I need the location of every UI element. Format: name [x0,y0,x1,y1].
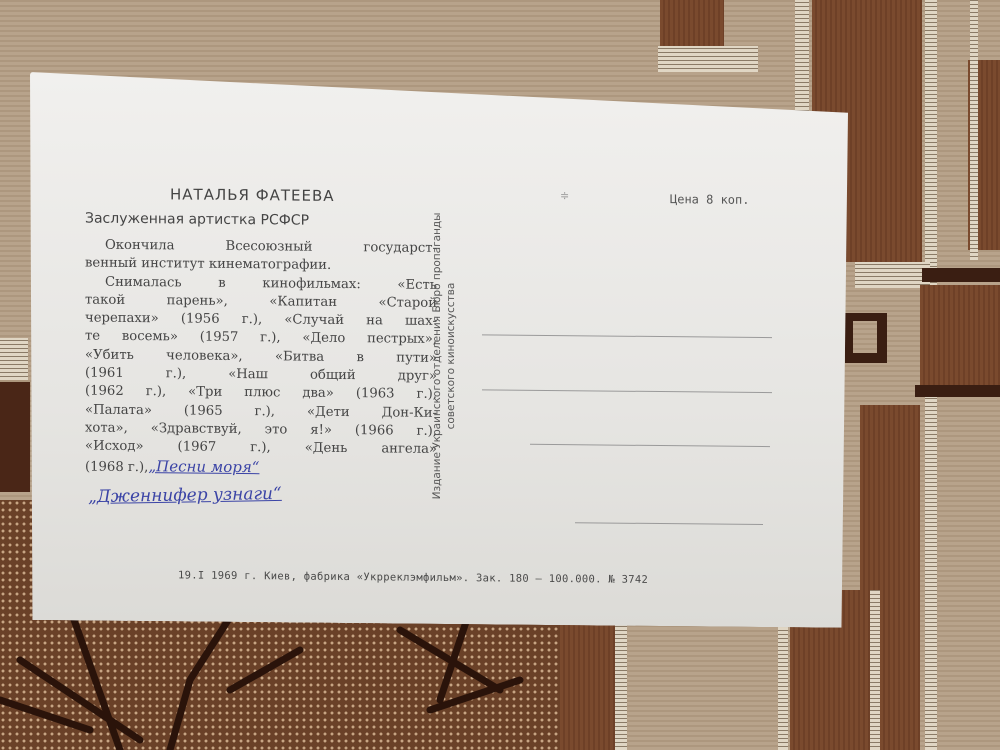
address-line-1 [482,334,772,338]
biography: Окончила Всесоюзный государст- венный ин… [85,237,437,480]
address-line-4 [575,522,763,525]
postcard: НАТАЛЬЯ ФАТЕЕВА Заслуженная артистка РСФ… [30,72,848,628]
bio-line: (1968 г.),„Песни моря“ [85,456,437,480]
handwritten-film-2: „Дженнифер узнаги“ [88,484,282,507]
publisher-line-2: советского киноискусства [444,166,458,546]
address-line-2 [482,389,772,393]
honor-title: Заслуженная артистка РСФСР [85,211,309,229]
bio-line-end: (1968 г.), [85,459,148,475]
stamp-mark: ≑ [560,189,569,202]
address-line-3 [530,444,770,447]
publisher-imprint: Издание Украинского отделения Бюро пропа… [430,166,458,546]
print-footer: 19.I 1969 г. Киев, фабрика «Укрреклэмфил… [178,569,648,586]
price-label: Цена 8 коп. [670,192,749,207]
publisher-line-1: Издание Украинского отделения Бюро пропа… [430,166,444,546]
actress-name: НАТАЛЬЯ ФАТЕЕВА [170,185,335,205]
handwritten-film-1: „Песни моря“ [148,457,259,476]
